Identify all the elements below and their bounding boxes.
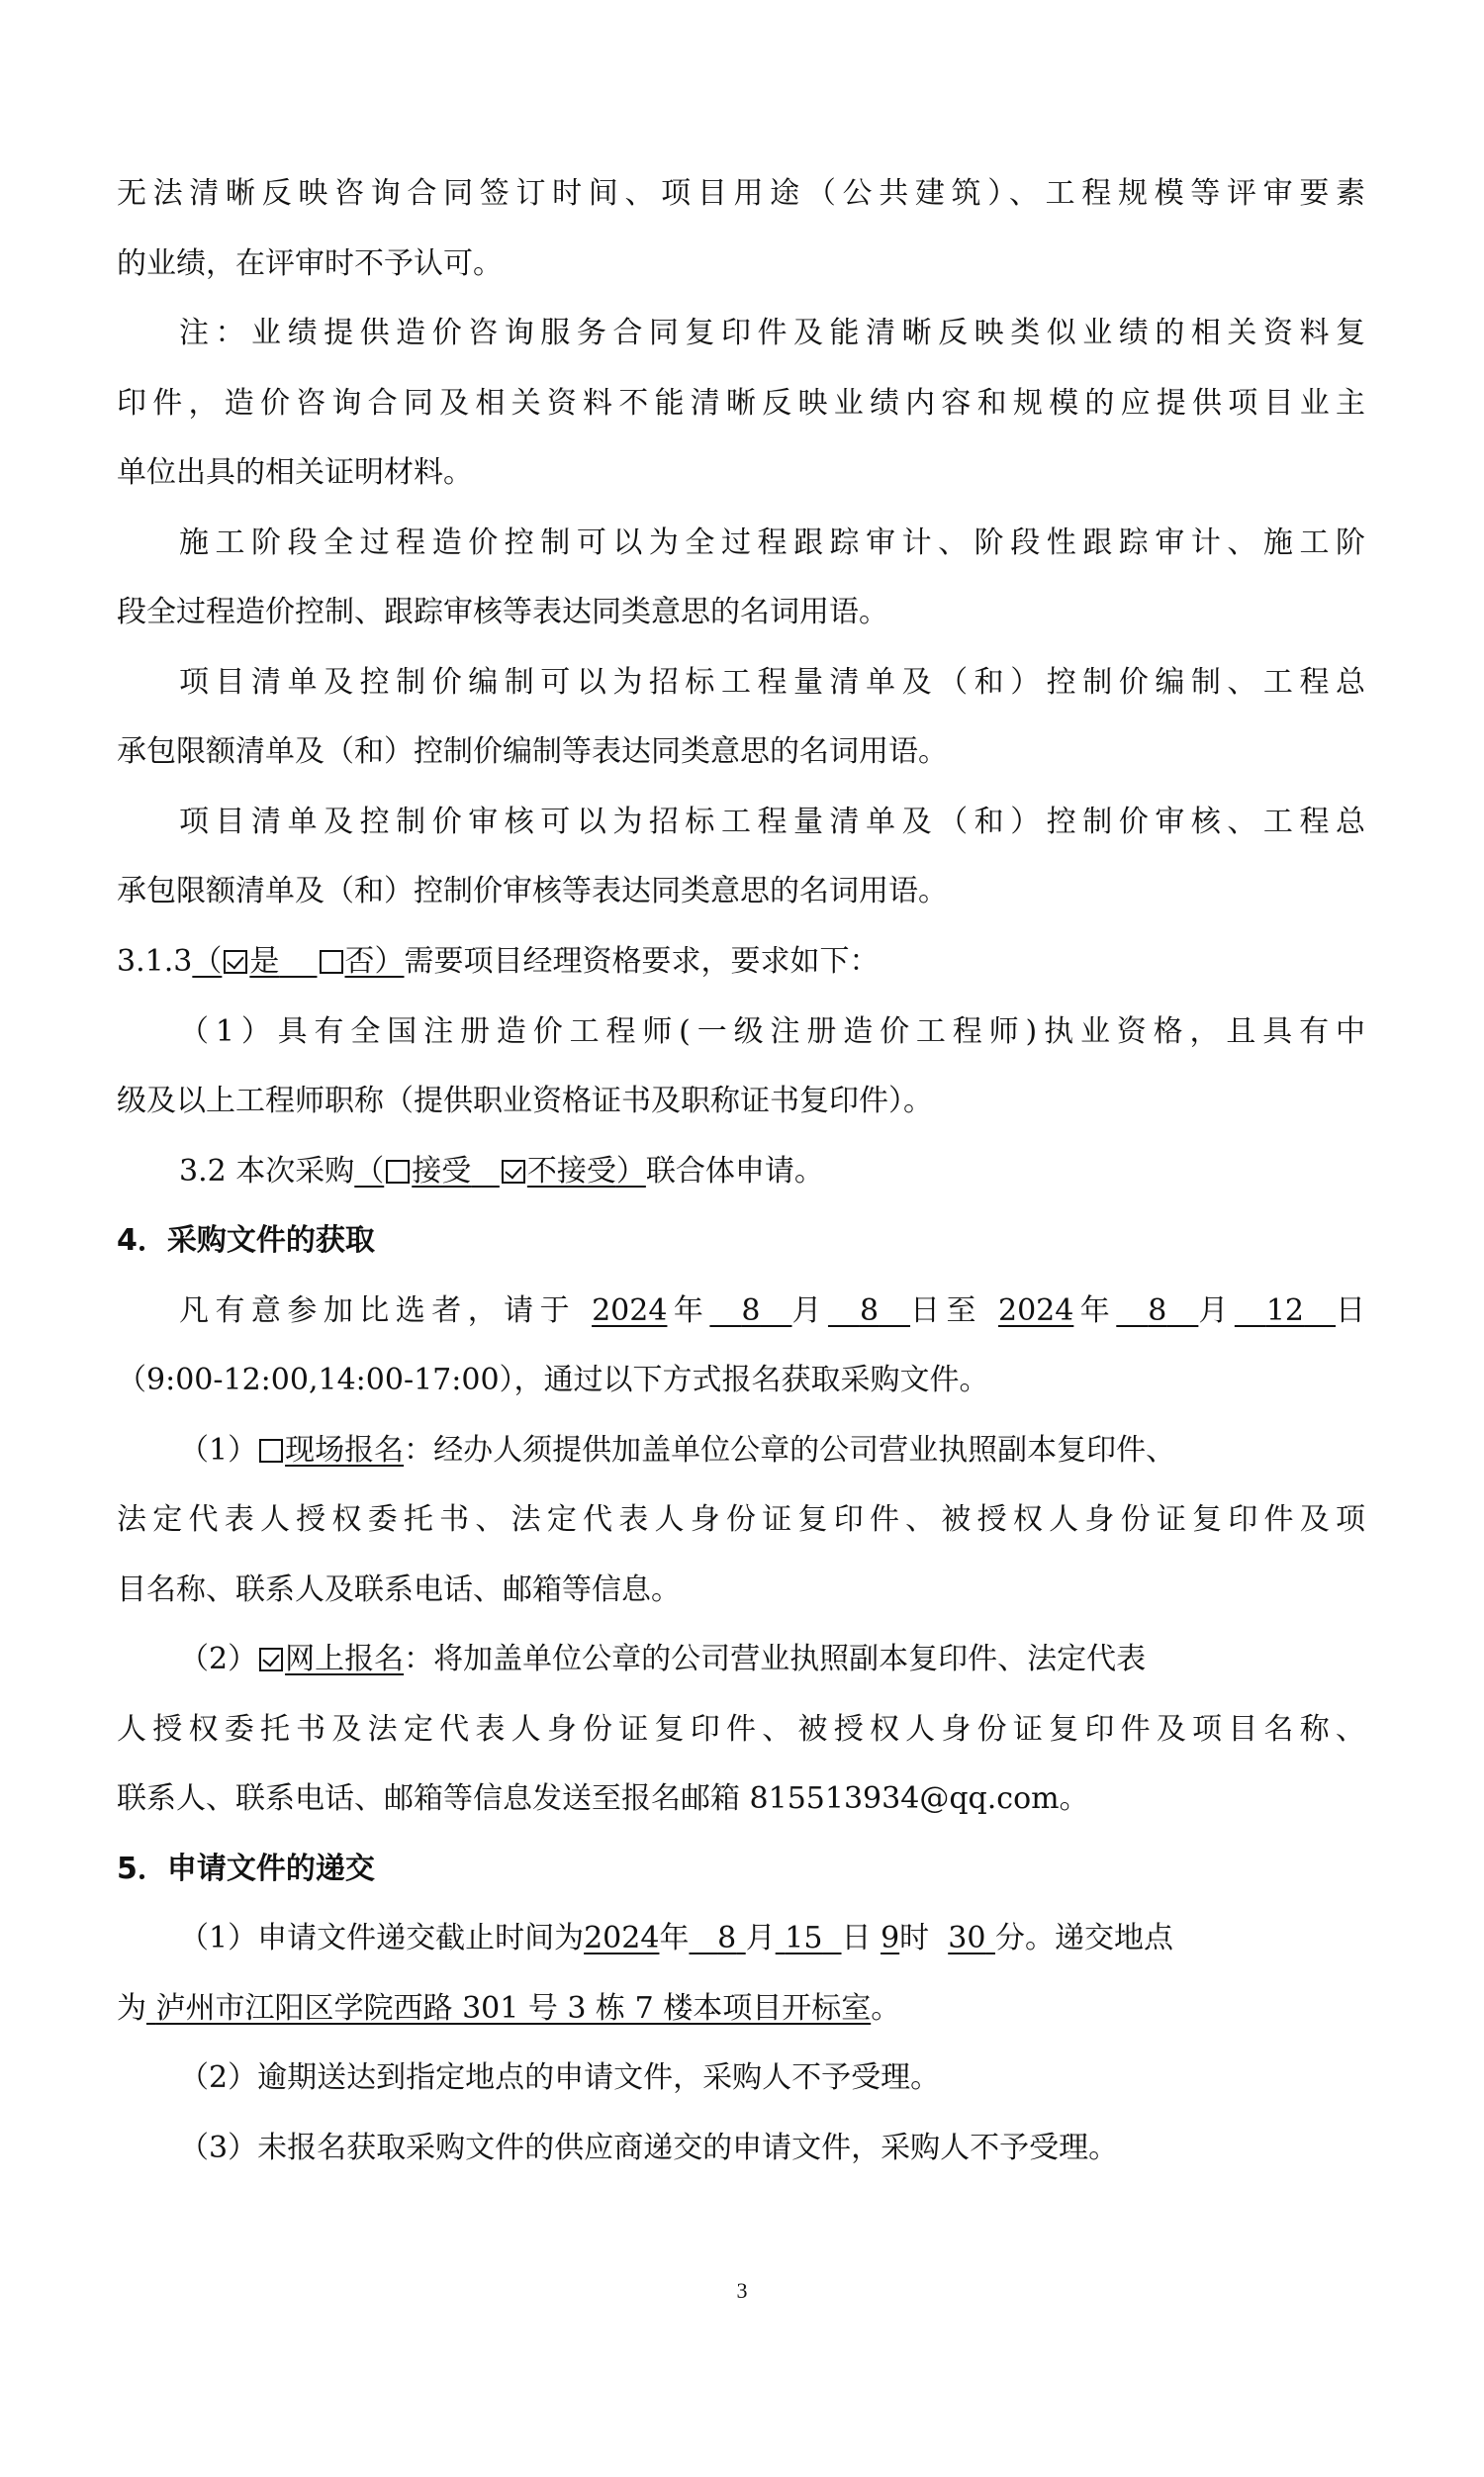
clause-suffix: 联合体申请。 bbox=[646, 1154, 824, 1189]
paren-close: ） bbox=[375, 944, 405, 979]
unit: 月 bbox=[791, 1293, 827, 1328]
deadline-hour: 9 bbox=[881, 1921, 899, 1955]
page-number: 3 bbox=[730, 2278, 754, 2304]
clause-3-2: 3.2 本次采购（接受 不接受）联合体申请。 bbox=[179, 1150, 1365, 1193]
note-line: 注：业绩提供造价咨询服务合同复印件及能清晰反映类似业绩的相关资料复 bbox=[179, 312, 1365, 355]
checkbox-checked-icon bbox=[259, 1648, 283, 1671]
start-month: 8 bbox=[709, 1293, 791, 1328]
online-text: ：将加盖单位公章的公司营业执照副本复印件、法定代表 bbox=[404, 1642, 1146, 1676]
end-year: 2024 bbox=[998, 1293, 1073, 1328]
paragraph-line: 项目清单及控制价审核可以为招标工程量清单及（和）控制价审核、工程总 bbox=[179, 801, 1365, 844]
to-text: 至 bbox=[947, 1293, 982, 1328]
option-accept-label: 接受 bbox=[412, 1154, 471, 1189]
registration-hours: （9:00-12:00,14:00-17:00），通过以下方式报名获取采购文件。 bbox=[117, 1359, 1365, 1402]
onsite-registration-line: 目名称、联系人及联系电话、邮箱等信息。 bbox=[117, 1569, 1365, 1612]
section-heading-5: 5．申请文件的递交 bbox=[117, 1848, 1365, 1891]
checkbox-checked-icon bbox=[502, 1160, 525, 1184]
section-heading-4: 4．采购文件的获取 bbox=[117, 1219, 1365, 1263]
paragraph-line: 的业绩，在评审时不予认可。 bbox=[117, 242, 1365, 286]
clause-prefix: 3.2 本次采购 bbox=[179, 1154, 354, 1189]
location-label: 。递交地点 bbox=[1025, 1921, 1173, 1955]
unit: 年 bbox=[659, 1921, 689, 1955]
requirement-item: （1）具有全国注册造价工程师(一级注册造价工程师)执业资格，且具有中 bbox=[179, 1010, 1365, 1054]
consortium-choice: （接受 不接受） bbox=[354, 1154, 646, 1189]
unit: 日 bbox=[1336, 1293, 1365, 1328]
registration-period: 凡有意参加比选者，请于 2024年 8 月 8 日至 2024年 8 月 12 … bbox=[179, 1289, 1365, 1333]
deadline-day: 15 bbox=[776, 1921, 842, 1955]
paren-close: ） bbox=[616, 1154, 646, 1189]
onsite-registration-option: 现场报名 bbox=[257, 1433, 404, 1468]
start-year: 2024 bbox=[592, 1293, 667, 1328]
unit: 年 bbox=[1073, 1293, 1116, 1328]
paragraph-line: 段全过程造价控制、跟踪审核等表达同类意思的名词用语。 bbox=[117, 591, 1365, 634]
paragraph-line: 项目清单及控制价编制可以为招标工程量清单及（和）控制价编制、工程总 bbox=[179, 661, 1365, 705]
unregistered-submission-rule: （3）未报名获取采购文件的供应商递交的申请文件，采购人不予受理。 bbox=[179, 2127, 1365, 2170]
paragraph-line: 承包限额清单及（和）控制价编制等表达同类意思的名词用语。 bbox=[117, 730, 1365, 774]
onsite-registration-line: 法定代表人授权委托书、法定代表人身份证复印件、被授权人身份证复印件及项 bbox=[117, 1498, 1365, 1542]
deadline-minute: 30 bbox=[948, 1921, 995, 1955]
clause-3-1-3: 3.1.3（是 否）需要项目经理资格要求，要求如下： bbox=[117, 940, 1365, 984]
onsite-registration: （1）现场报名：经办人须提供加盖单位公章的公司营业执照副本复印件、 bbox=[179, 1429, 1365, 1473]
intro-text: 凡有意参加比选者，请于 bbox=[179, 1293, 576, 1328]
submission-location: 为 泸州市江阳区学院西路 301 号 3 栋 7 楼本项目开标室。 bbox=[117, 1987, 1365, 2031]
online-registration-line: 人授权委托书及法定代表人身份证复印件、被授权人身份证复印件及项目名称、 bbox=[117, 1708, 1365, 1752]
clause-number: 3.1.3 bbox=[117, 944, 192, 979]
unit: 月 bbox=[1198, 1293, 1234, 1328]
onsite-text: ：经办人须提供加盖单位公章的公司营业执照副本复印件、 bbox=[404, 1433, 1175, 1468]
submission-deadline: （1）申请文件递交截止时间为2024年 8 月 15 日 9时 30 分。递交地… bbox=[179, 1917, 1365, 1960]
end-day: 12 bbox=[1235, 1293, 1336, 1328]
option-no-label: 否 bbox=[345, 944, 375, 979]
start-day: 8 bbox=[828, 1293, 910, 1328]
location-prefix: 为 bbox=[117, 1991, 146, 2026]
period: 。 bbox=[871, 1991, 900, 2026]
paragraph-line: 施工阶段全过程造价控制可以为全过程跟踪审计、阶段性跟踪审计、施工阶 bbox=[179, 522, 1365, 565]
item-number: （2） bbox=[179, 1642, 257, 1676]
checkbox-empty-icon bbox=[320, 950, 343, 974]
paragraph-line: 承包限额清单及（和）控制价审核等表达同类意思的名词用语。 bbox=[117, 870, 1365, 913]
option-reject-label: 不接受 bbox=[527, 1154, 616, 1189]
unit: 月 bbox=[746, 1921, 776, 1955]
deadline-year: 2024 bbox=[584, 1921, 659, 1955]
requirement-item: 级及以上工程师职称（提供职业资格证书及职称证书复印件）。 bbox=[117, 1080, 1365, 1123]
project-manager-requirement-choice: （是 否） bbox=[192, 944, 404, 979]
paren-open: （ bbox=[354, 1154, 384, 1189]
checkbox-empty-icon bbox=[259, 1439, 283, 1463]
unit: 日 bbox=[910, 1293, 946, 1328]
clause-text: 需要项目经理资格要求，要求如下： bbox=[405, 944, 880, 979]
deadline-text: （1）申请文件递交截止时间为 bbox=[179, 1921, 584, 1955]
unit: 分 bbox=[995, 1921, 1025, 1955]
checkbox-checked-icon bbox=[224, 950, 247, 974]
document-page: 无法清晰反映咨询合同签订时间、项目用途（公共建筑）、工程规模等评审要素 的业绩，… bbox=[0, 0, 1484, 2477]
unit: 年 bbox=[667, 1293, 709, 1328]
unit: 日 bbox=[842, 1921, 872, 1955]
end-month: 8 bbox=[1116, 1293, 1198, 1328]
deadline-month: 8 bbox=[689, 1921, 745, 1955]
item-number: （1） bbox=[179, 1433, 257, 1468]
checkbox-empty-icon bbox=[386, 1160, 410, 1184]
online-registration: （2）网上报名：将加盖单位公章的公司营业执照副本复印件、法定代表 bbox=[179, 1638, 1365, 1681]
online-registration-option: 网上报名 bbox=[257, 1642, 404, 1676]
paragraph-line: 无法清晰反映咨询合同签订时间、项目用途（公共建筑）、工程规模等评审要素 bbox=[117, 172, 1365, 216]
note-line: 印件，造价咨询合同及相关资料不能清晰反映业绩内容和规模的应提供项目业主 bbox=[117, 382, 1365, 426]
option-yes-label: 是 bbox=[249, 944, 279, 979]
note-line: 单位出具的相关证明材料。 bbox=[117, 451, 1365, 495]
late-submission-rule: （2）逾期送达到指定地点的申请文件，采购人不予受理。 bbox=[179, 2056, 1365, 2100]
location-address: 泸州市江阳区学院西路 301 号 3 栋 7 楼本项目开标室 bbox=[146, 1991, 871, 2026]
online-registration-line: 联系人、联系电话、邮箱等信息发送至报名邮箱 815513934@qq.com。 bbox=[117, 1777, 1365, 1821]
unit: 时 bbox=[899, 1921, 929, 1955]
paren-open: （ bbox=[192, 944, 222, 979]
